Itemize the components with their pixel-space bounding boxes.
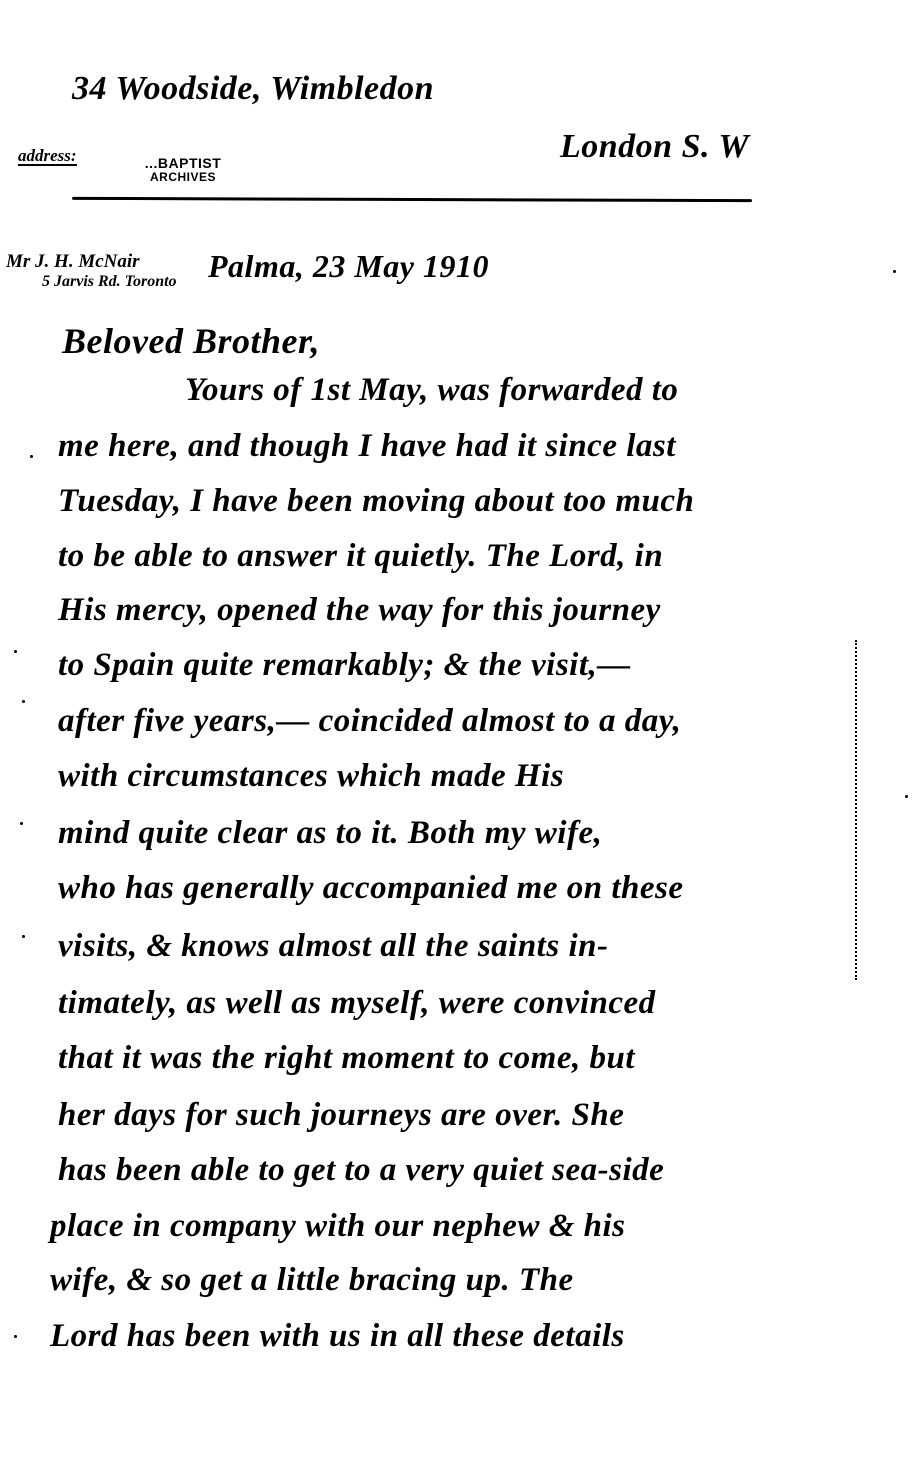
- recipient-block: Mr J. H. McNair 5 Jarvis Rd. Toronto: [6, 252, 177, 292]
- address-label: address:: [18, 148, 77, 166]
- scan-speck: [893, 270, 896, 273]
- recipient-name: Mr J. H. McNair: [6, 251, 140, 272]
- body-line: with circumstances which made His: [58, 758, 564, 795]
- header-divider: [72, 197, 752, 202]
- body-line: Lord has been with us in all these detai…: [50, 1318, 625, 1355]
- body-line: mind quite clear as to it. Both my wife,: [58, 815, 602, 852]
- scan-speck: [30, 455, 33, 458]
- body-line: timately, as well as myself, were convin…: [58, 985, 656, 1022]
- archive-stamp-line-1: ...BAPTIST: [145, 155, 222, 171]
- scan-speck: [20, 822, 23, 825]
- body-line: visits, & knows almost all the saints in…: [58, 928, 608, 965]
- scan-artifact-margin-dots: [855, 640, 857, 980]
- scan-speck: [14, 650, 17, 653]
- body-line: me here, and though I have had it since …: [58, 428, 676, 465]
- letter-page: 34 Woodside, Wimbledon London S. W addre…: [0, 0, 917, 1469]
- body-line: to be able to answer it quietly. The Lor…: [58, 538, 663, 575]
- scan-speck: [22, 700, 25, 703]
- body-line: wife, & so get a little bracing up. The: [50, 1262, 574, 1299]
- body-line: that it was the right moment to come, bu…: [58, 1040, 635, 1077]
- scan-speck: [14, 1335, 17, 1338]
- body-line: to Spain quite remarkably; & the visit,—: [58, 647, 631, 684]
- sender-address-line-2: London S. W: [560, 128, 749, 166]
- body-line: her days for such journeys are over. She: [58, 1097, 624, 1134]
- body-line: Tuesday, I have been moving about too mu…: [58, 483, 694, 520]
- recipient-address: 5 Jarvis Rd. Toronto: [6, 272, 177, 292]
- dateline: Palma, 23 May 1910: [208, 248, 489, 285]
- body-line: His mercy, opened the way for this journ…: [58, 592, 661, 629]
- body-line: place in company with our nephew & his: [50, 1208, 626, 1245]
- archive-stamp-line-2: ARCHIVES: [118, 170, 248, 184]
- sender-address-line-1: 34 Woodside, Wimbledon: [72, 70, 434, 108]
- archive-stamp: ...BAPTIST ARCHIVES: [118, 156, 248, 184]
- body-line: has been able to get to a very quiet sea…: [58, 1152, 664, 1189]
- body-line: after five years,— coincided almost to a…: [58, 703, 681, 740]
- scan-speck: [905, 795, 908, 798]
- body-line: who has generally accompanied me on thes…: [58, 870, 684, 907]
- body-line: Yours of 1st May, was forwarded to: [185, 372, 678, 409]
- salutation: Beloved Brother,: [62, 320, 320, 362]
- scan-speck: [22, 935, 25, 938]
